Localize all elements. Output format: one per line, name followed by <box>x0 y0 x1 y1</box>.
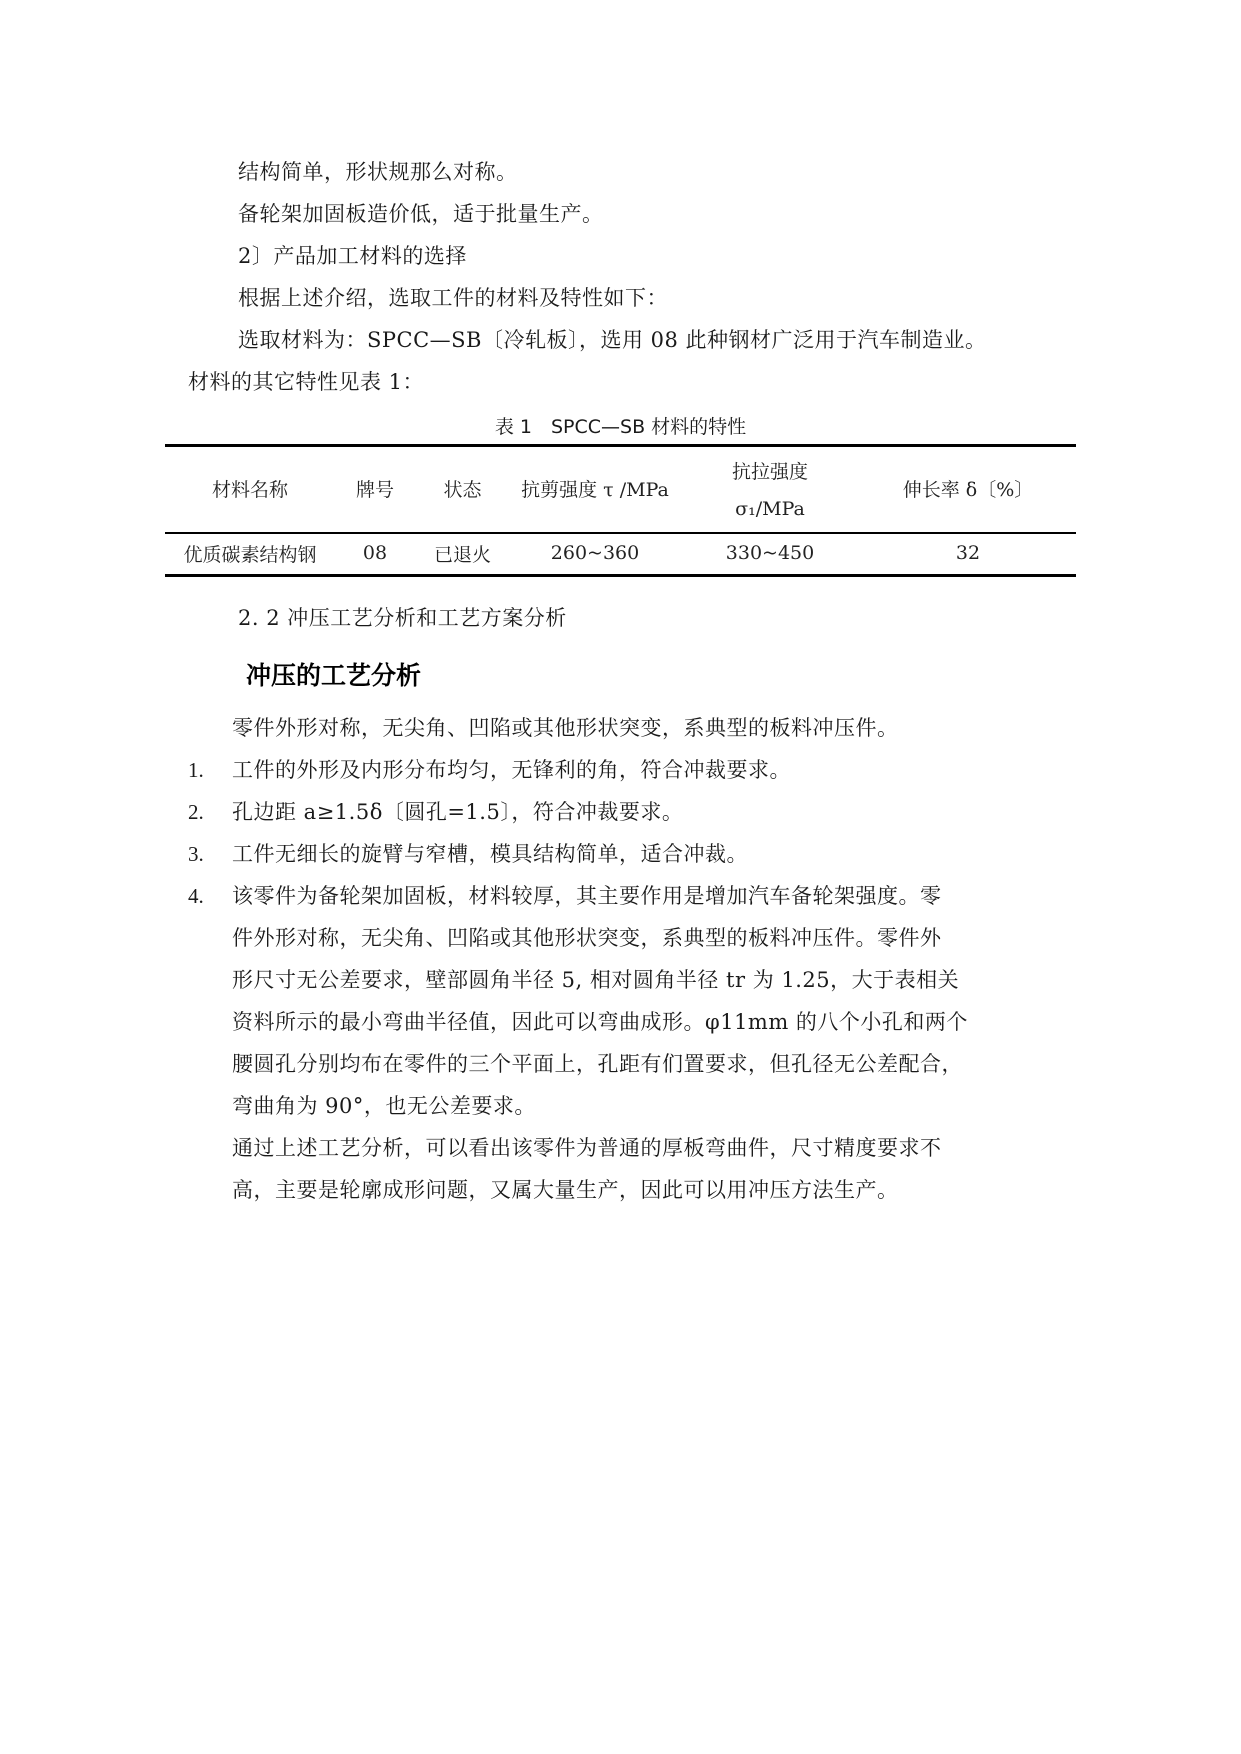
list-item-4-line-6: 弯曲角为 90°，也无公差要求。 <box>232 1092 536 1120</box>
table-row: 优质碳素结构钢 08 已退火 260~360 330~450 32 <box>165 532 1076 574</box>
document-page: 结构简单，形状规那么对称。 备轮架加固板造价低，适于批量生产。 2〕产品加工材料… <box>0 0 1241 1754</box>
intro-line-4: 根据上述介绍，选取工件的材料及特性如下： <box>238 284 668 312</box>
list-item-3: 工件无细长的旋臂与窄槽，模具结构简单，适合冲裁。 <box>232 840 748 868</box>
list-item-4-line-4: 资料所示的最小弯曲半径值，因此可以弯曲成形。φ11mm 的八个小孔和两个 <box>232 1008 968 1036</box>
cell-elongation: 32 <box>860 532 1076 574</box>
list-number-1: 1. <box>188 756 204 784</box>
conclusion-line-2: 高，主要是轮廓成形问题，又属大量生产，因此可以用冲压方法生产。 <box>232 1176 899 1204</box>
table-top-rule <box>165 444 1076 447</box>
header-elongation: 伸长率 δ〔%〕 <box>860 444 1076 532</box>
header-shear-strength: 抗剪强度 τ /MPa <box>510 444 680 532</box>
list-item-1: 工件的外形及内形分布均匀，无锋利的角，符合冲裁要求。 <box>232 756 791 784</box>
list-item-4-line-1: 该零件为备轮架加固板，材料较厚，其主要作用是增加汽车备轮架强度。零 <box>232 882 942 910</box>
cell-material-name: 优质碳素结构钢 <box>165 532 335 574</box>
material-properties-table: 材料名称 牌号 状态 抗剪强度 τ /MPa 抗拉强度 σ₁/MPa 伸长率 δ… <box>165 444 1076 574</box>
list-item-4-line-3: 形尺寸无公差要求，壁部圆角半径 5, 相对圆角半径 tr 为 1.25，大于表相… <box>232 966 959 994</box>
header-tensile-line2: σ₁/MPa <box>735 498 805 520</box>
cell-shear-strength: 260~360 <box>510 532 680 574</box>
cell-tensile-strength: 330~450 <box>680 532 860 574</box>
conclusion-line-1: 通过上述工艺分析，可以看出该零件为普通的厚板弯曲件，尺寸精度要求不 <box>232 1134 942 1162</box>
section-title: 冲压的工艺分析 <box>246 660 421 692</box>
header-grade: 牌号 <box>335 444 415 532</box>
subheading-material-selection: 2〕产品加工材料的选择 <box>238 242 467 270</box>
subsection-heading: 2. 2 冲压工艺分析和工艺方案分析 <box>238 604 567 632</box>
intro-line-5: 选取材料为：SPCC—SB〔冷轧板〕，选用 08 此种钢材广泛用于汽车制造业。 <box>238 326 987 354</box>
table-header-rule <box>165 532 1076 534</box>
list-number-3: 3. <box>188 840 204 868</box>
list-item-4-line-2: 件外形对称，无尖角、凹陷或其他形状突变，系典型的板料冲压件。零件外 <box>232 924 942 952</box>
list-number-4: 4. <box>188 882 204 910</box>
cell-state: 已退火 <box>415 532 510 574</box>
table-caption: 表 1 SPCC—SB 材料的特性 <box>0 414 1241 440</box>
intro-line-2: 备轮架加固板造价低，适于批量生产。 <box>238 200 604 228</box>
table-header-row: 材料名称 牌号 状态 抗剪强度 τ /MPa 抗拉强度 σ₁/MPa 伸长率 δ… <box>165 444 1076 532</box>
list-item-4-line-5: 腰圆孔分别均布在零件的三个平面上，孔距有们置要求，但孔径无公差配合， <box>232 1050 963 1078</box>
cell-grade: 08 <box>335 532 415 574</box>
header-state: 状态 <box>415 444 510 532</box>
list-number-2: 2. <box>188 798 204 826</box>
list-item-2: 孔边距 a≥1.5δ〔圆孔=1.5〕，符合冲裁要求。 <box>232 798 683 826</box>
header-tensile-strength: 抗拉强度 σ₁/MPa <box>680 444 860 532</box>
analysis-intro: 零件外形对称，无尖角、凹陷或其他形状突变，系典型的板料冲压件。 <box>232 714 899 742</box>
table-bottom-rule <box>165 574 1076 577</box>
header-material-name: 材料名称 <box>165 444 335 532</box>
header-tensile-line1: 抗拉强度 <box>732 457 808 484</box>
intro-line-1: 结构简单，形状规那么对称。 <box>238 158 518 186</box>
intro-line-6: 材料的其它特性见表 1： <box>188 368 424 396</box>
